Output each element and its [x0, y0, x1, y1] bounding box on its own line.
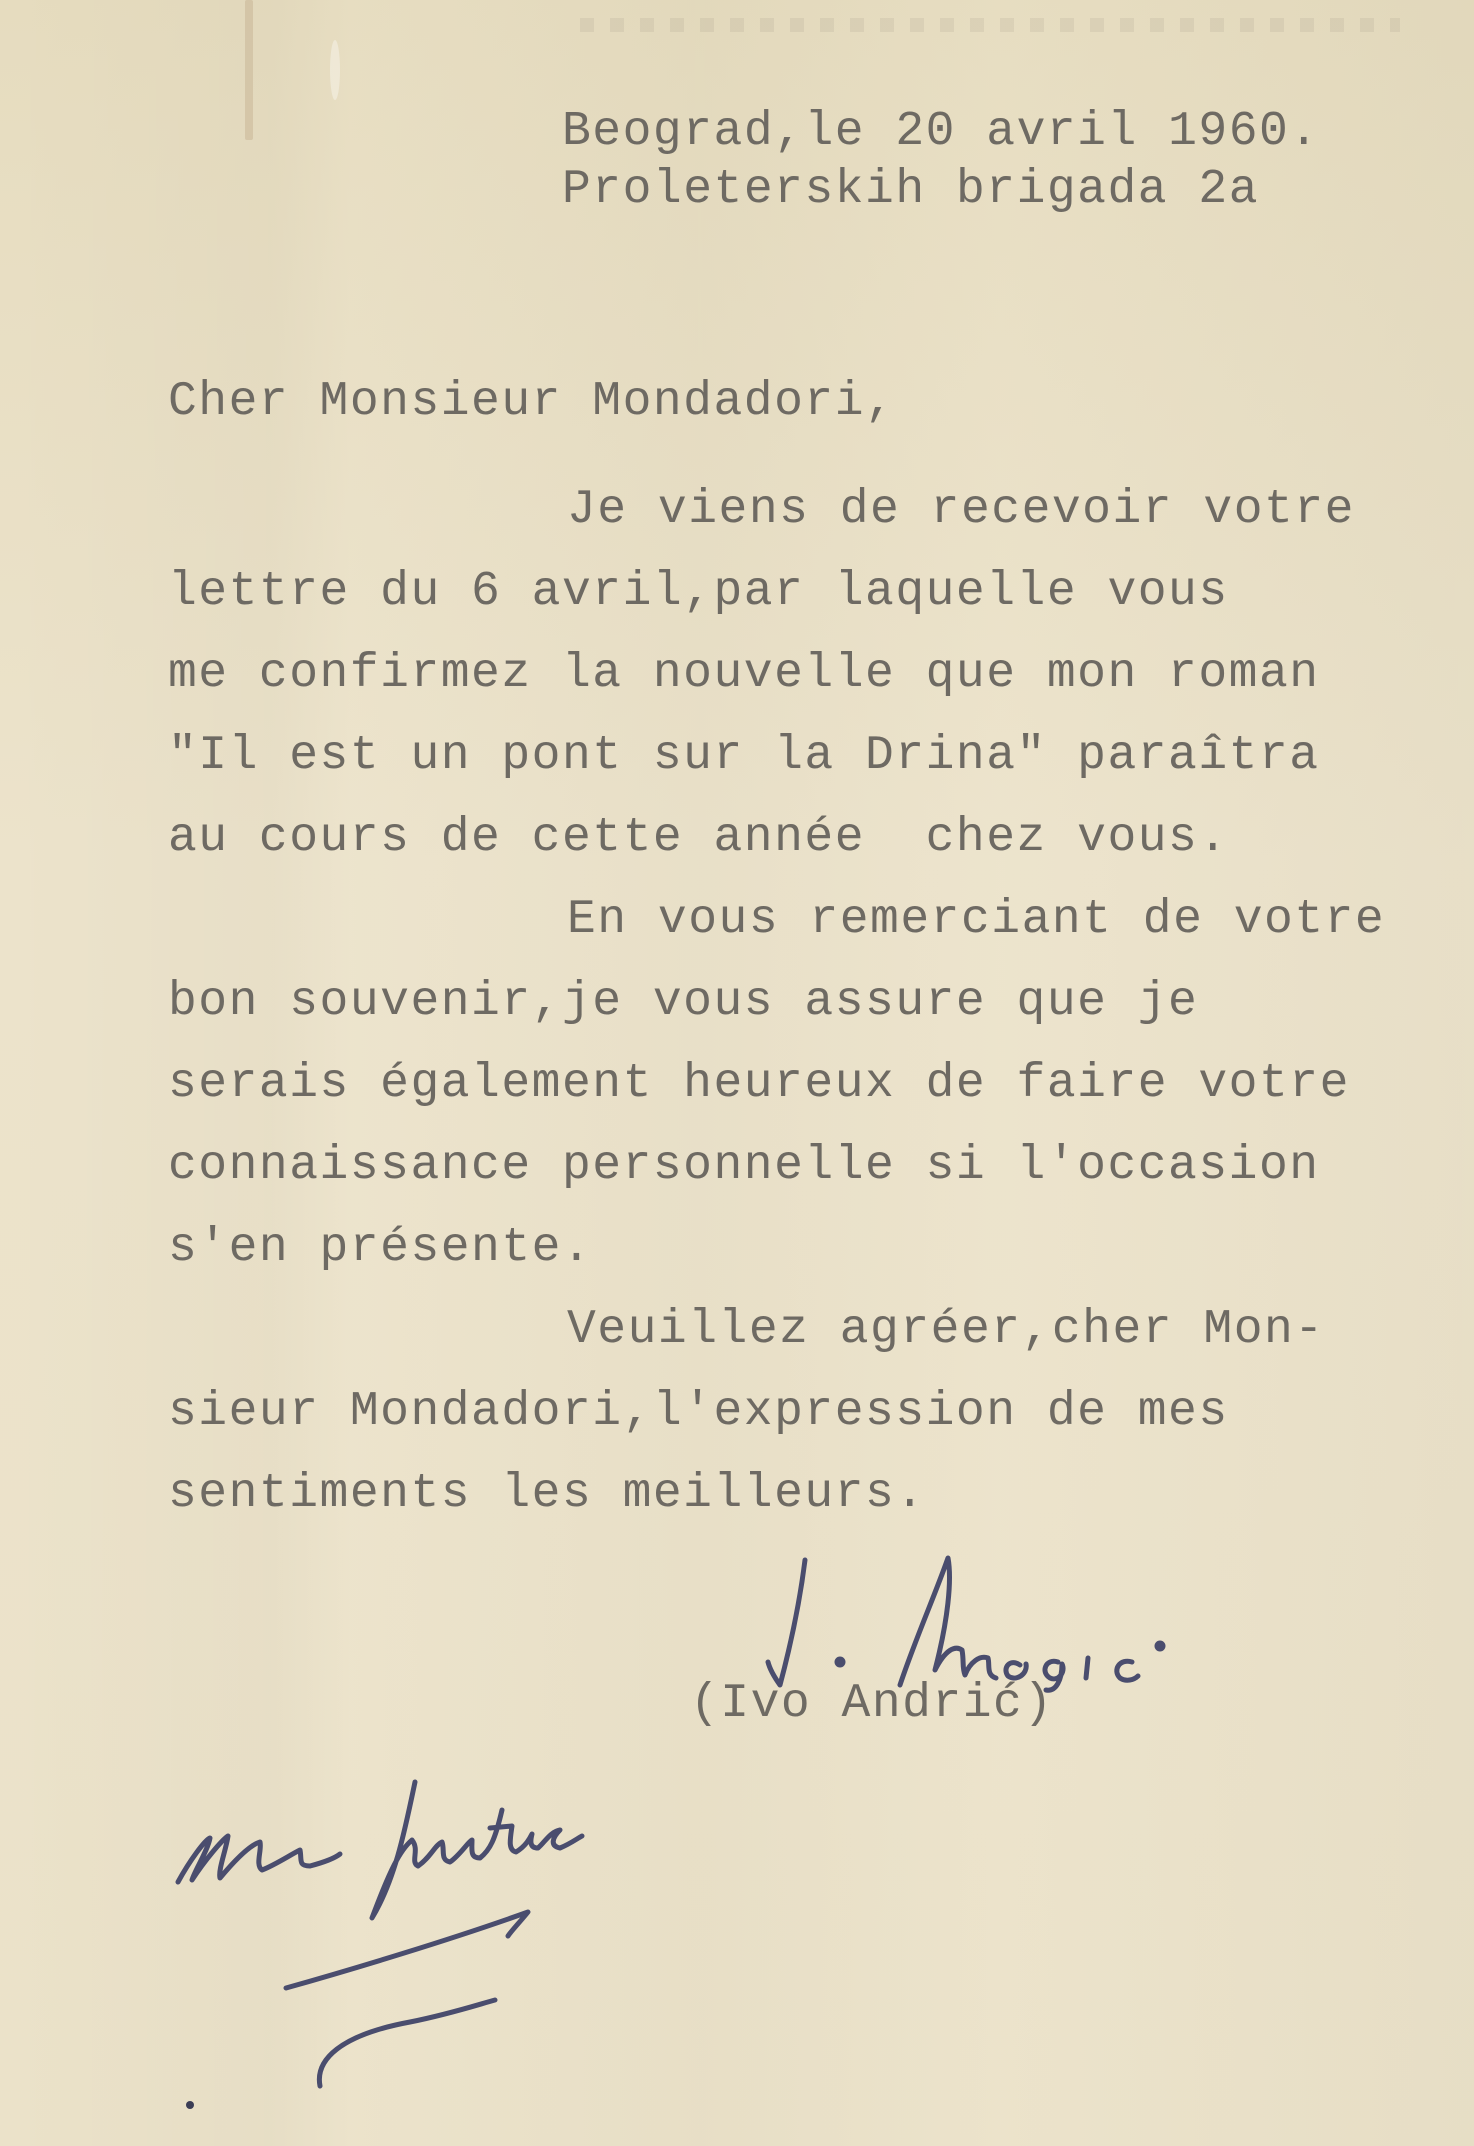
- paragraph-2-line-2: bon souvenir,je vous assure que je: [168, 978, 1198, 1026]
- letter-page: Beograd,le 20 avril 1960. Proleterskih b…: [0, 0, 1474, 2146]
- paper-stain: [245, 0, 253, 140]
- paragraph-3-line-3: sentiments les meilleurs.: [168, 1470, 926, 1518]
- address: Proleterskih brigada 2a: [562, 166, 1259, 214]
- paragraph-2-line-1: En vous remerciant de votre: [567, 896, 1385, 944]
- paragraph-1-line-1: Je viens de recevoir votre: [567, 486, 1355, 534]
- paragraph-2-line-5: s'en présente.: [168, 1224, 592, 1272]
- paragraph-2-line-3: serais également heureux de faire votre: [168, 1060, 1350, 1108]
- paper-stain: [330, 40, 340, 100]
- place-date: Beograd,le 20 avril 1960.: [562, 108, 1320, 156]
- paragraph-1-line-5: au cours de cette année chez vous.: [168, 814, 1229, 862]
- paragraph-2-line-4: connaissance personnelle si l'occasion: [168, 1142, 1320, 1190]
- handwritten-annotation: [150, 1770, 710, 2130]
- salutation: Cher Monsieur Mondadori,: [168, 378, 895, 426]
- letterhead-remnant: [580, 18, 1400, 32]
- paragraph-3-line-1: Veuillez agréer,cher Mon-: [567, 1306, 1325, 1354]
- paragraph-1-line-3: me confirmez la nouvelle que mon roman: [168, 650, 1320, 698]
- paragraph-1-line-2: lettre du 6 avril,par laquelle vous: [168, 568, 1229, 616]
- paragraph-3-line-2: sieur Mondadori,l'expression de mes: [168, 1388, 1229, 1436]
- paragraph-1-line-4: "Il est un pont sur la Drina" paraîtra: [168, 732, 1320, 780]
- typed-signature: (Ivo Andrić): [690, 1680, 1054, 1728]
